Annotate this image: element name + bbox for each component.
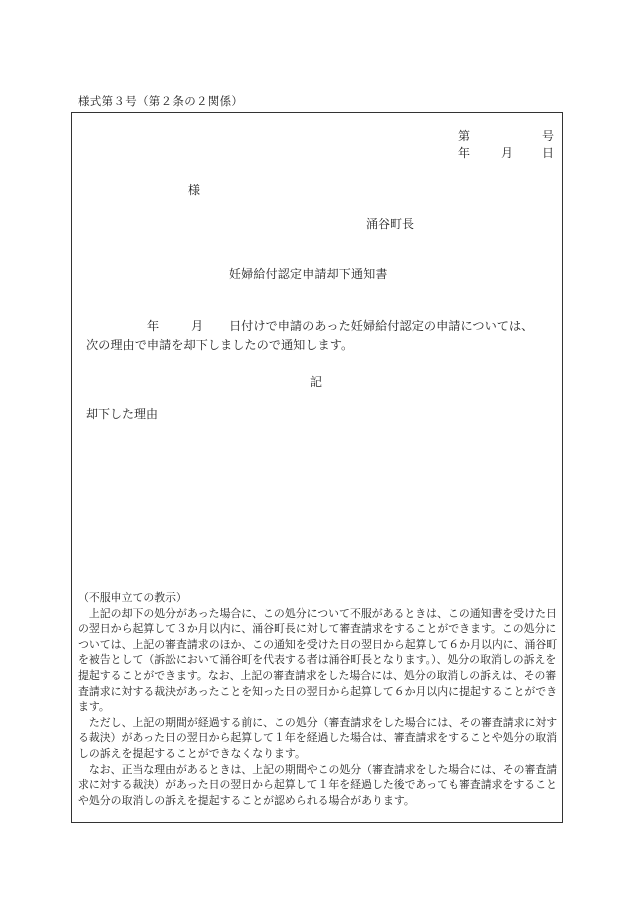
form-number-label: 様式第３号（第２条の２関係）	[78, 93, 243, 109]
date-year: 年	[458, 144, 470, 161]
appeal-notice-paragraph: なお、正当な理由があるときは、上記の期間やこの処分（審査請求をした場合には、その…	[78, 762, 558, 809]
number-suffix: 号	[542, 127, 554, 144]
appeal-notice-heading: （不服申立ての教示）	[78, 590, 558, 606]
body-rest: 日付けで申請のあった妊婦給付認定の申請については、	[229, 317, 533, 336]
date-month: 月	[501, 144, 513, 161]
date-day: 日	[542, 144, 554, 161]
body-line2: 次の理由で申請を却下しましたので通知します。	[86, 336, 556, 355]
appeal-notice: （不服申立ての教示） 上記の却下の処分があった場合に、この処分について不服がある…	[78, 590, 558, 808]
body-month: 月	[191, 317, 203, 336]
body-year: 年	[147, 317, 159, 336]
appeal-notice-paragraph: 上記の却下の処分があった場合に、この処分について不服があるときは、この通知書を受…	[78, 606, 558, 715]
rejection-reason-label: 却下した理由	[86, 405, 158, 422]
number-prefix: 第	[458, 127, 470, 144]
appeal-notice-paragraph: ただし、上記の期間が経過する前に、この処分（審査請求をした場合には、その審査請求…	[78, 715, 558, 762]
document-title: 妊婦給付認定申請却下通知書	[229, 265, 388, 282]
notice-document-frame: 第 号 年 月 日 様 涌谷町長 妊婦給付認定申請却下通知書 年 月 日付けで申…	[71, 112, 563, 823]
issuer-name: 涌谷町長	[366, 215, 414, 232]
addressee-honorific: 様	[188, 181, 200, 198]
document-date-row: 年 月 日	[458, 144, 554, 160]
ki-heading: 記	[310, 373, 322, 390]
document-number-row: 第 号	[458, 127, 554, 143]
notice-body: 年 月 日付けで申請のあった妊婦給付認定の申請については、 次の理由で申請を却下…	[86, 317, 556, 355]
